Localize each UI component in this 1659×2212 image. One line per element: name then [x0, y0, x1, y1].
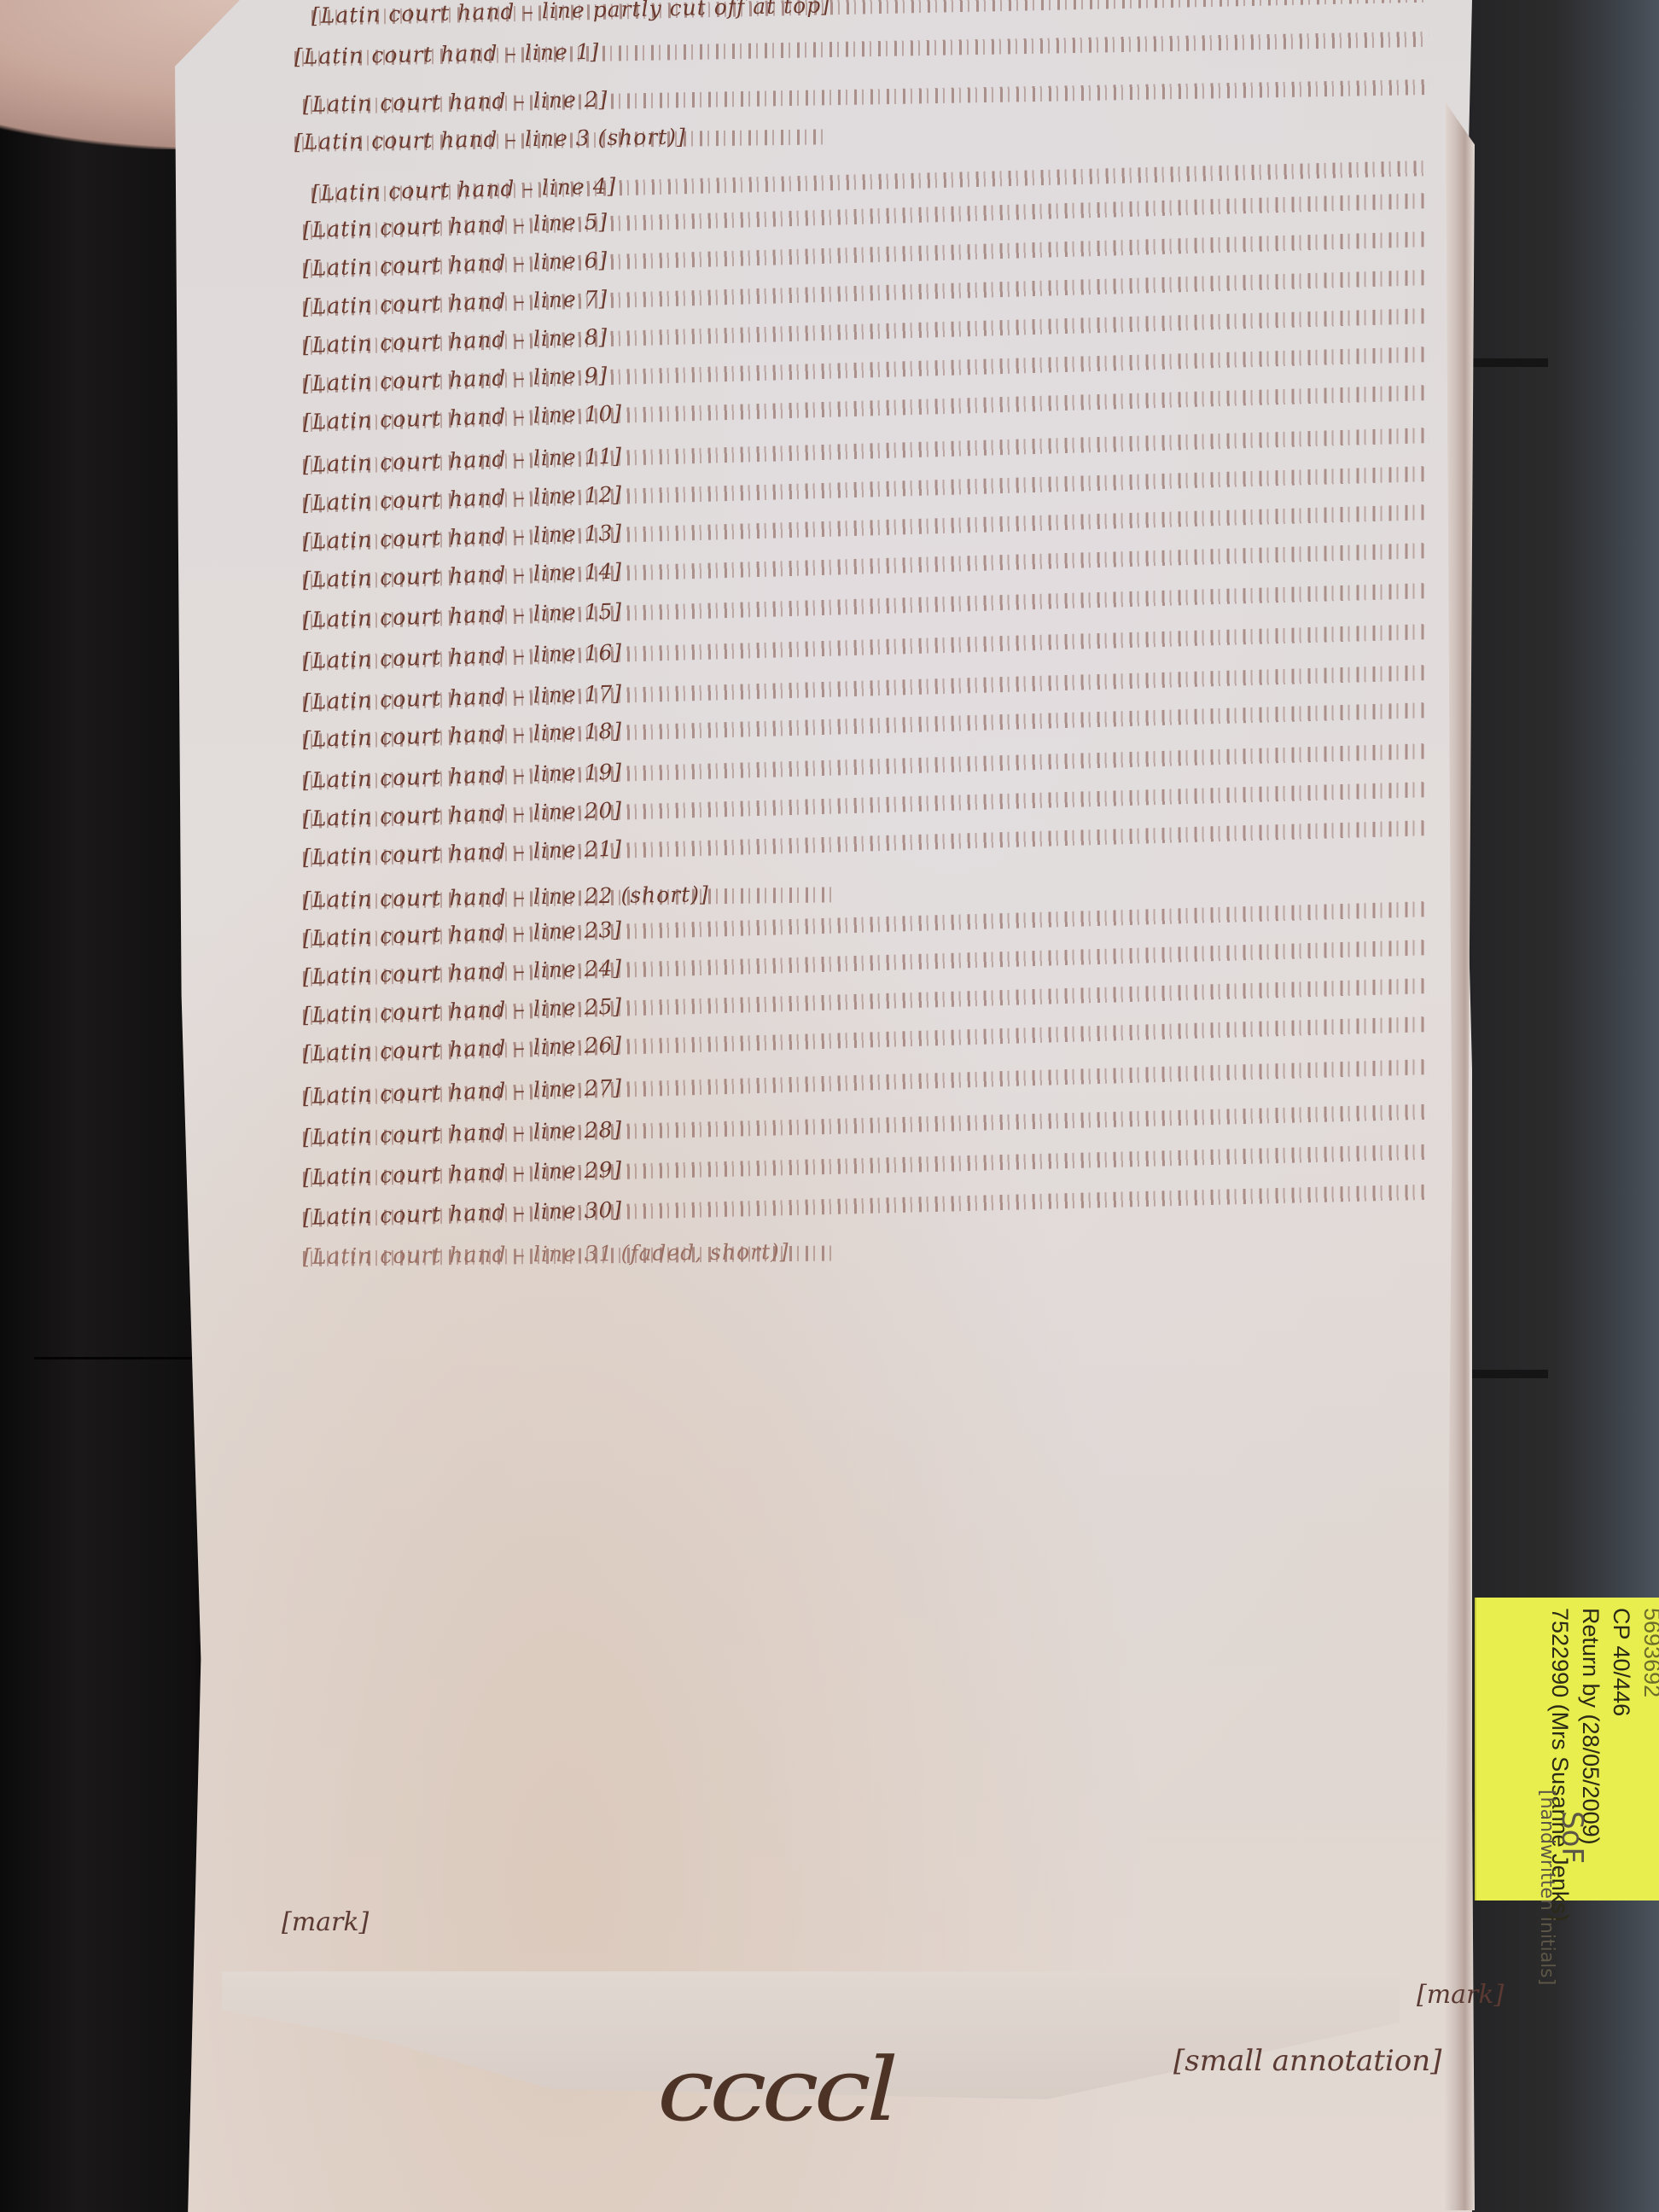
- rotulet-annotation: [small annotation]: [1173, 2044, 1441, 2078]
- margin-mark: [mark]: [1417, 1980, 1504, 2010]
- manuscript-line-text: [Latin court hand – line 3 (short)]: [294, 125, 686, 154]
- library-label: 5693692 CP 40/446 Return by (28/05/2009)…: [1475, 1598, 1659, 1901]
- manuscript-line: [Latin court hand – line 31 (faded, shor…: [303, 1239, 832, 1273]
- manuscript-line-text: [Latin court hand – line 1]: [294, 39, 600, 69]
- margin-mark: [mark]: [282, 1907, 369, 1937]
- foam-support-left: [0, 0, 196, 2212]
- label-reference: CP 40/446: [1606, 1608, 1637, 1890]
- manuscript-line-text: [Latin court hand – line 2]: [303, 87, 608, 117]
- foam-seam: [34, 1357, 196, 1359]
- label-handwritten-initials: [handwritten initials]: [1536, 1790, 1557, 1985]
- label-barcode-line: 5693692: [1637, 1608, 1659, 1890]
- label-handwritten-sof: SoF: [1555, 1811, 1589, 1864]
- manuscript-line-text: [Latin court hand – line 31 (faded, shor…: [303, 1239, 789, 1269]
- rotulet-number: ccccl: [657, 2040, 894, 2140]
- manuscript-line-text: [Latin court hand – line 22 (short)]: [303, 882, 709, 912]
